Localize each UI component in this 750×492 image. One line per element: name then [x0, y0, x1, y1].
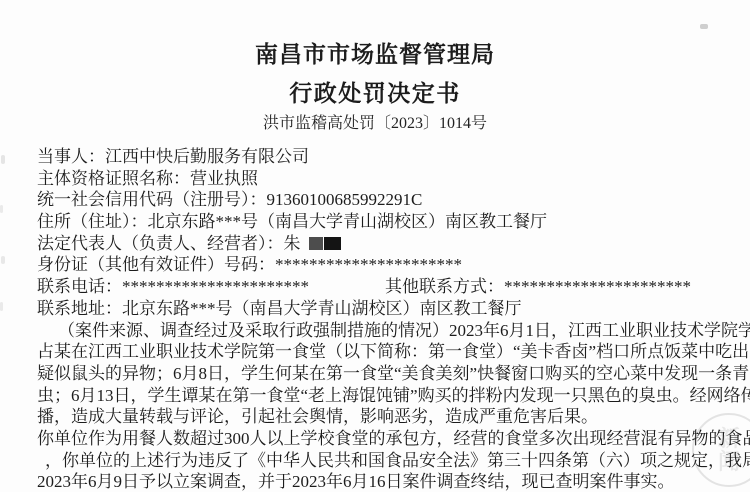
license-name-line: 主体资格证照名称：营业执照	[37, 168, 727, 190]
legal-representative-line: 法定代表人（负责人、经营者）：朱	[37, 233, 727, 255]
watermark-glyph: 新	[718, 427, 740, 450]
redacted-name-block	[324, 237, 341, 250]
case-paragraph-line: 占某在江西工业职业技术学院第一食堂（以下简称：第一食堂）“美卡香卤”档口所点饭菜…	[37, 341, 727, 363]
legal-representative-text: 法定代表人（负责人、经营者）：朱	[37, 234, 301, 253]
case-paragraph-line: 播，造成大量转载与评论，引起社会舆情，影响恶劣，造成严重危害后果。	[37, 406, 727, 428]
scan-artifact	[0, 205, 3, 213]
scan-artifact	[0, 302, 3, 311]
redacted-name-block	[309, 237, 323, 250]
id-number-line: 身份证（其他有效证件）号码：**********************	[37, 254, 727, 276]
contact-phone-line: 联系电话：**********************其他联系方式：******…	[37, 276, 727, 298]
registered-address-line: 住所（住址）：北京东路***号（南昌大学青山湖校区）南区教工餐厅	[37, 211, 727, 233]
other-contact-label: 其他联系方式：	[385, 277, 504, 296]
document-number: 洪市监稽高处罚〔2023〕1014号	[0, 115, 750, 133]
scan-artifact	[700, 24, 708, 29]
party-name-line: 当事人：江西中快后勤服务有限公司	[37, 146, 727, 168]
document-type-title: 行政处罚决定书	[0, 81, 750, 106]
scan-artifact	[1, 155, 5, 164]
scan-artifact	[1, 256, 5, 264]
conclusion-paragraph-line: ，你单位的上述行为违反了《中华人民共和国食品安全法》第三十四条第（六）项之规定，…	[37, 450, 727, 472]
phone-label: 联系电话：	[37, 277, 122, 296]
case-paragraph-line: （案件来源、调查经过及采取行政强制措施的情况）2023年6月1日，江西工业职业技…	[37, 320, 727, 342]
credit-code-line: 统一社会信用代码（注册号）：91360100685992291C	[37, 189, 727, 211]
phone-group: 联系电话：**********************	[37, 276, 385, 298]
issuing-agency-title: 南昌市市场监督管理局	[0, 42, 750, 67]
other-contact-value-masked: **********************	[504, 277, 691, 296]
conclusion-paragraph-line: 2023年6月9日予以立案调查，并于2023年6月16日案件调查终结，现已查明案…	[37, 471, 727, 492]
document-body: 当事人：江西中快后勤服务有限公司 主体资格证照名称：营业执照 统一社会信用代码（…	[37, 146, 727, 492]
watermark-glyph: 闻	[718, 450, 740, 473]
phone-value-masked: **********************	[122, 277, 309, 296]
penalty-decision-document: 南昌市市场监督管理局 行政处罚决定书 洪市监稽高处罚〔2023〕1014号 当事…	[0, 0, 750, 492]
document-header: 南昌市市场监督管理局 行政处罚决定书 洪市监稽高处罚〔2023〕1014号	[0, 42, 750, 132]
case-paragraph-line: 疑似鼠头的异物；6月8日，学生何某在第一食堂“美食美刻”快餐窗口购买的空心菜中发…	[37, 363, 727, 385]
case-paragraph-line: 虫；6月13日，学生谭某在第一食堂“老上海馄饨铺”购买的拌粉内发现一只黑色的臭虫…	[37, 385, 727, 407]
conclusion-paragraph-line: 你单位作为用餐人数超过300人以上学校食堂的承包方，经营的食堂多次出现经营混有异…	[37, 428, 727, 450]
contact-address-line: 联系地址：北京东路***号（南昌大学青山湖校区）南区教工餐厅	[37, 298, 727, 320]
